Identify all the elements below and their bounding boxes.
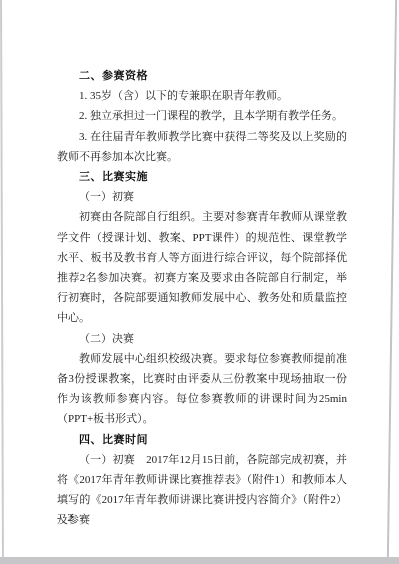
paragraph-preliminary-round: 初赛由各院部自行组织。主要对参赛青年教师从课堂教学文件（授课计划、教案、PPT课…: [57, 207, 347, 328]
scanned-document-page: 二、参赛资格 1. 35岁（含）以下的专兼职在职青年教师。 2. 独立承担过一门…: [0, 0, 399, 564]
eligibility-item-2: 2. 独立承担过一门课程的教学，且本学期有教学任务。: [57, 106, 347, 126]
paragraph-schedule-preliminary: （一）初赛 2017年12月15日前，各院部完成初赛，并将《2017年青年教师讲…: [57, 450, 347, 531]
section-heading-schedule: 四、比赛时间: [57, 430, 347, 450]
scan-edge-left-line: [0, 0, 4, 558]
subheading-final-round: （二）决赛: [57, 329, 347, 349]
section-heading-implementation: 三、比赛实施: [57, 167, 347, 187]
subheading-preliminary-round: （一）初赛: [57, 187, 347, 207]
eligibility-item-3: 3. 在往届青年教师教学比赛中获得二等奖及以上奖励的教师不再参加本次比赛。: [57, 127, 347, 167]
paragraph-final-round: 教师发展中心组织校级决赛。要求每位参赛教师提前准备3份授课教案，比赛时由评委从三…: [57, 349, 347, 430]
eligibility-item-1: 1. 35岁（含）以下的专兼职在职青年教师。: [57, 86, 347, 106]
scan-shadow-bottom: [0, 557, 399, 564]
document-body: 二、参赛资格 1. 35岁（含）以下的专兼职在职青年教师。 2. 独立承担过一门…: [57, 66, 347, 531]
section-heading-eligibility: 二、参赛资格: [57, 66, 347, 86]
page-number: - 2 -: [57, 512, 85, 524]
scan-edge-right-line: [387, 0, 397, 558]
